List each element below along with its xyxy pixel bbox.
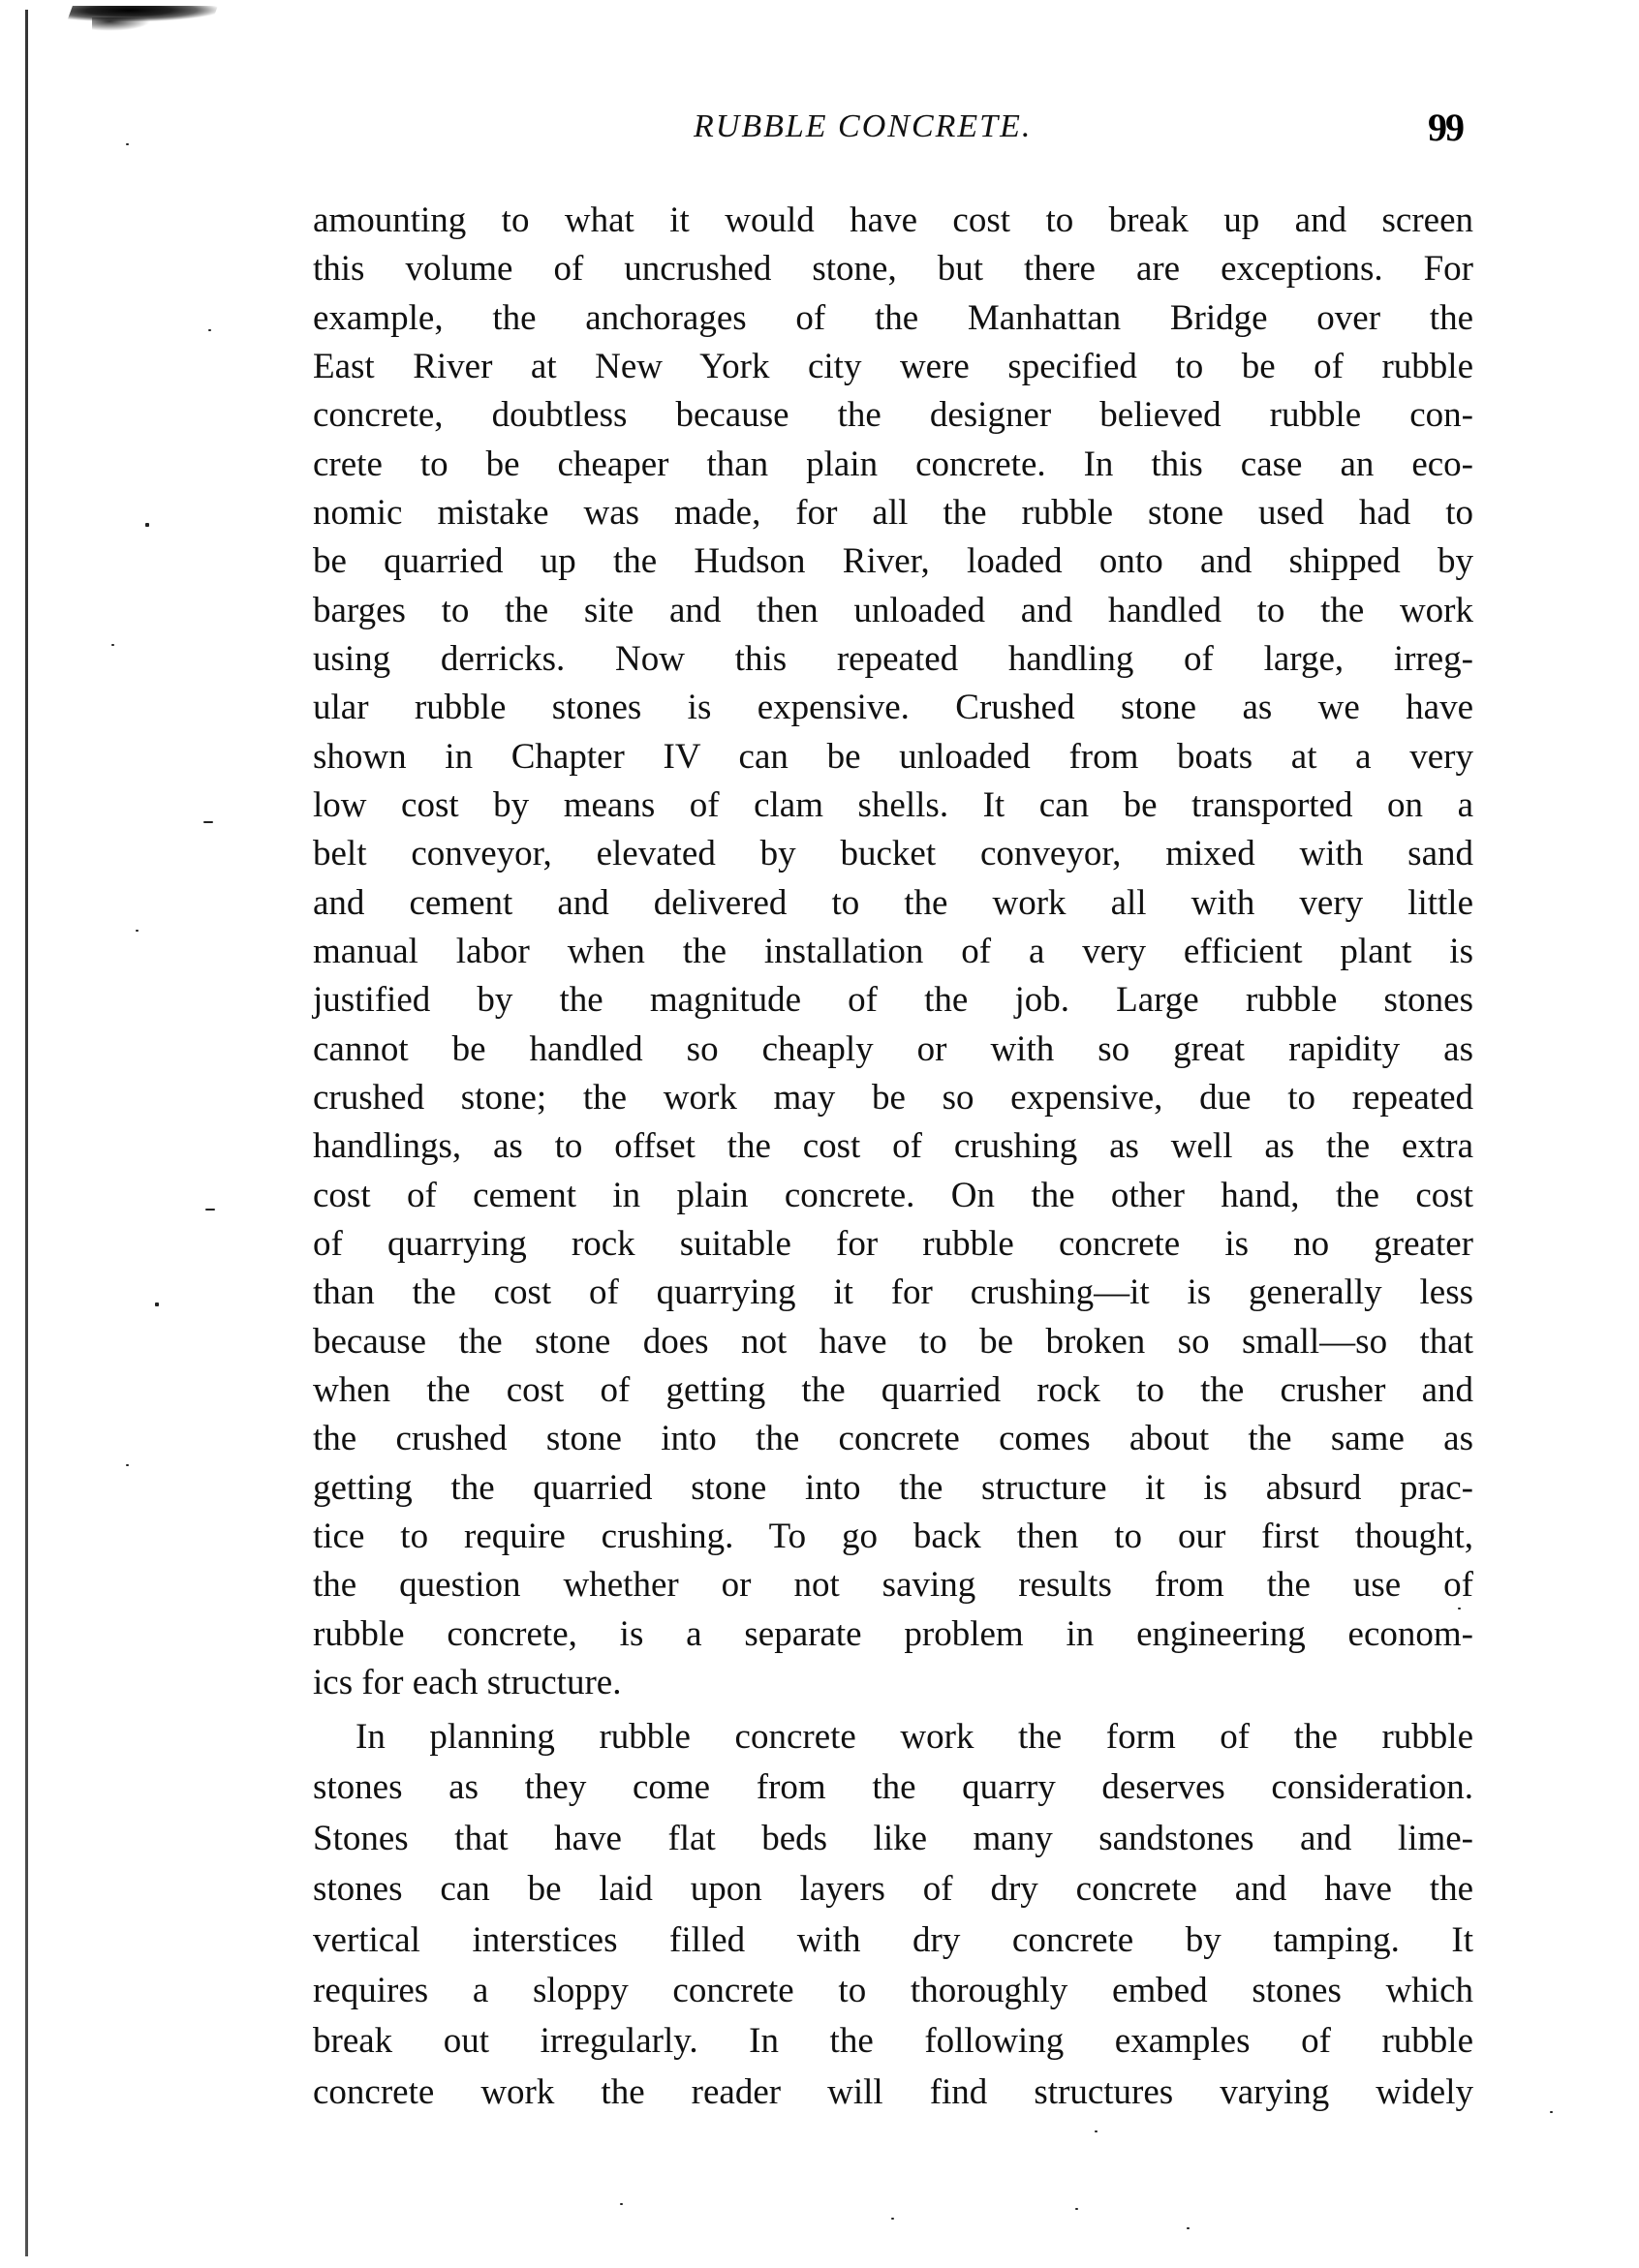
- text-line: concrete, doubtless because the designer…: [313, 396, 1473, 444]
- page-number: 99: [1428, 105, 1463, 150]
- scan-speck: [136, 930, 139, 932]
- scan-speck: [1075, 2208, 1078, 2210]
- book-page: RUBBLE CONCRETE. 99 amounting to what it…: [0, 0, 1639, 2268]
- text-line: tice to require crushing. To go back the…: [313, 1517, 1473, 1566]
- scan-speck: [205, 1209, 215, 1211]
- text-line: low cost by means of clam shells. It can…: [313, 786, 1473, 835]
- text-line: belt conveyor, elevated by bucket convey…: [313, 835, 1473, 883]
- text-line: nomic mistake was made, for all the rubb…: [313, 494, 1473, 542]
- scan-speck: [891, 2218, 894, 2220]
- text-line: justified by the magnitude of the job. L…: [313, 981, 1473, 1029]
- text-line: shown in Chapter IV can be unloaded from…: [313, 738, 1473, 786]
- text-line: In planning rubble concrete work the for…: [313, 1718, 1473, 1768]
- scan-speck: [126, 143, 129, 145]
- paragraph-2: In planning rubble concrete work the for…: [313, 1718, 1473, 2124]
- text-line: crete to be cheaper than plain concrete.…: [313, 445, 1473, 494]
- text-line: the question whether or not saving resul…: [313, 1566, 1473, 1614]
- scan-speck: [1187, 2227, 1190, 2229]
- text-line: when the cost of getting the quarried ro…: [313, 1371, 1473, 1420]
- scan-speck: [126, 1464, 129, 1466]
- scan-speck: [620, 2203, 623, 2205]
- text-line: crushed stone; the work may be so expens…: [313, 1079, 1473, 1127]
- text-line: than the cost of quarrying it for crushi…: [313, 1273, 1473, 1322]
- text-line: ular rubble stones is expensive. Crushed…: [313, 689, 1473, 737]
- text-line: requires a sloppy concrete to thoroughly…: [313, 1972, 1473, 2022]
- scan-speck: [1550, 2111, 1553, 2113]
- text-line: because the stone does not have to be br…: [313, 1323, 1473, 1371]
- scan-binding-edge: [25, 10, 28, 2256]
- text-line: concrete work the reader will find struc…: [313, 2073, 1473, 2124]
- text-line: the crushed stone into the concrete come…: [313, 1420, 1473, 1468]
- text-line: East River at New York city were specifi…: [313, 348, 1473, 396]
- text-line: and cement and delivered to the work all…: [313, 884, 1473, 933]
- text-line: cost of cement in plain concrete. On the…: [313, 1177, 1473, 1225]
- text-line: vertical interstices filled with dry con…: [313, 1921, 1473, 1972]
- text-line: example, the anchorages of the Manhattan…: [313, 299, 1473, 348]
- scan-ink-smudge: [92, 17, 150, 31]
- running-header-title: RUBBLE CONCRETE.: [694, 108, 1032, 145]
- text-line: barges to the site and then unloaded and…: [313, 592, 1473, 640]
- text-line: getting the quarried stone into the stru…: [313, 1469, 1473, 1517]
- text-line: ics for each structure.: [313, 1664, 1473, 1712]
- text-line: stones as they come from the quarry dese…: [313, 1768, 1473, 1819]
- text-line: Stones that have flat beds like many san…: [313, 1820, 1473, 1870]
- text-line: this volume of uncrushed stone, but ther…: [313, 250, 1473, 298]
- scan-speck: [1095, 2130, 1098, 2132]
- text-line: amounting to what it would have cost to …: [313, 201, 1473, 250]
- text-line: using derricks. Now this repeated handli…: [313, 640, 1473, 689]
- scan-speck: [145, 523, 149, 527]
- text-line: manual labor when the installation of a …: [313, 933, 1473, 981]
- scan-speck: [111, 644, 114, 646]
- scan-speck: [208, 329, 211, 331]
- text-line: rubble concrete, is a separate problem i…: [313, 1615, 1473, 1664]
- text-line: stones can be laid upon layers of dry co…: [313, 1870, 1473, 1920]
- text-line: handlings, as to offset the cost of crus…: [313, 1127, 1473, 1176]
- text-line: of quarrying rock suitable for rubble co…: [313, 1225, 1473, 1273]
- text-line: cannot be handled so cheaply or with so …: [313, 1030, 1473, 1079]
- scan-speck: [203, 821, 213, 823]
- paragraph-1: amounting to what it would have cost to …: [313, 201, 1473, 1712]
- text-line: break out irregularly. In the following …: [313, 2022, 1473, 2072]
- text-line: be quarried up the Hudson River, loaded …: [313, 542, 1473, 591]
- scan-speck: [155, 1303, 159, 1306]
